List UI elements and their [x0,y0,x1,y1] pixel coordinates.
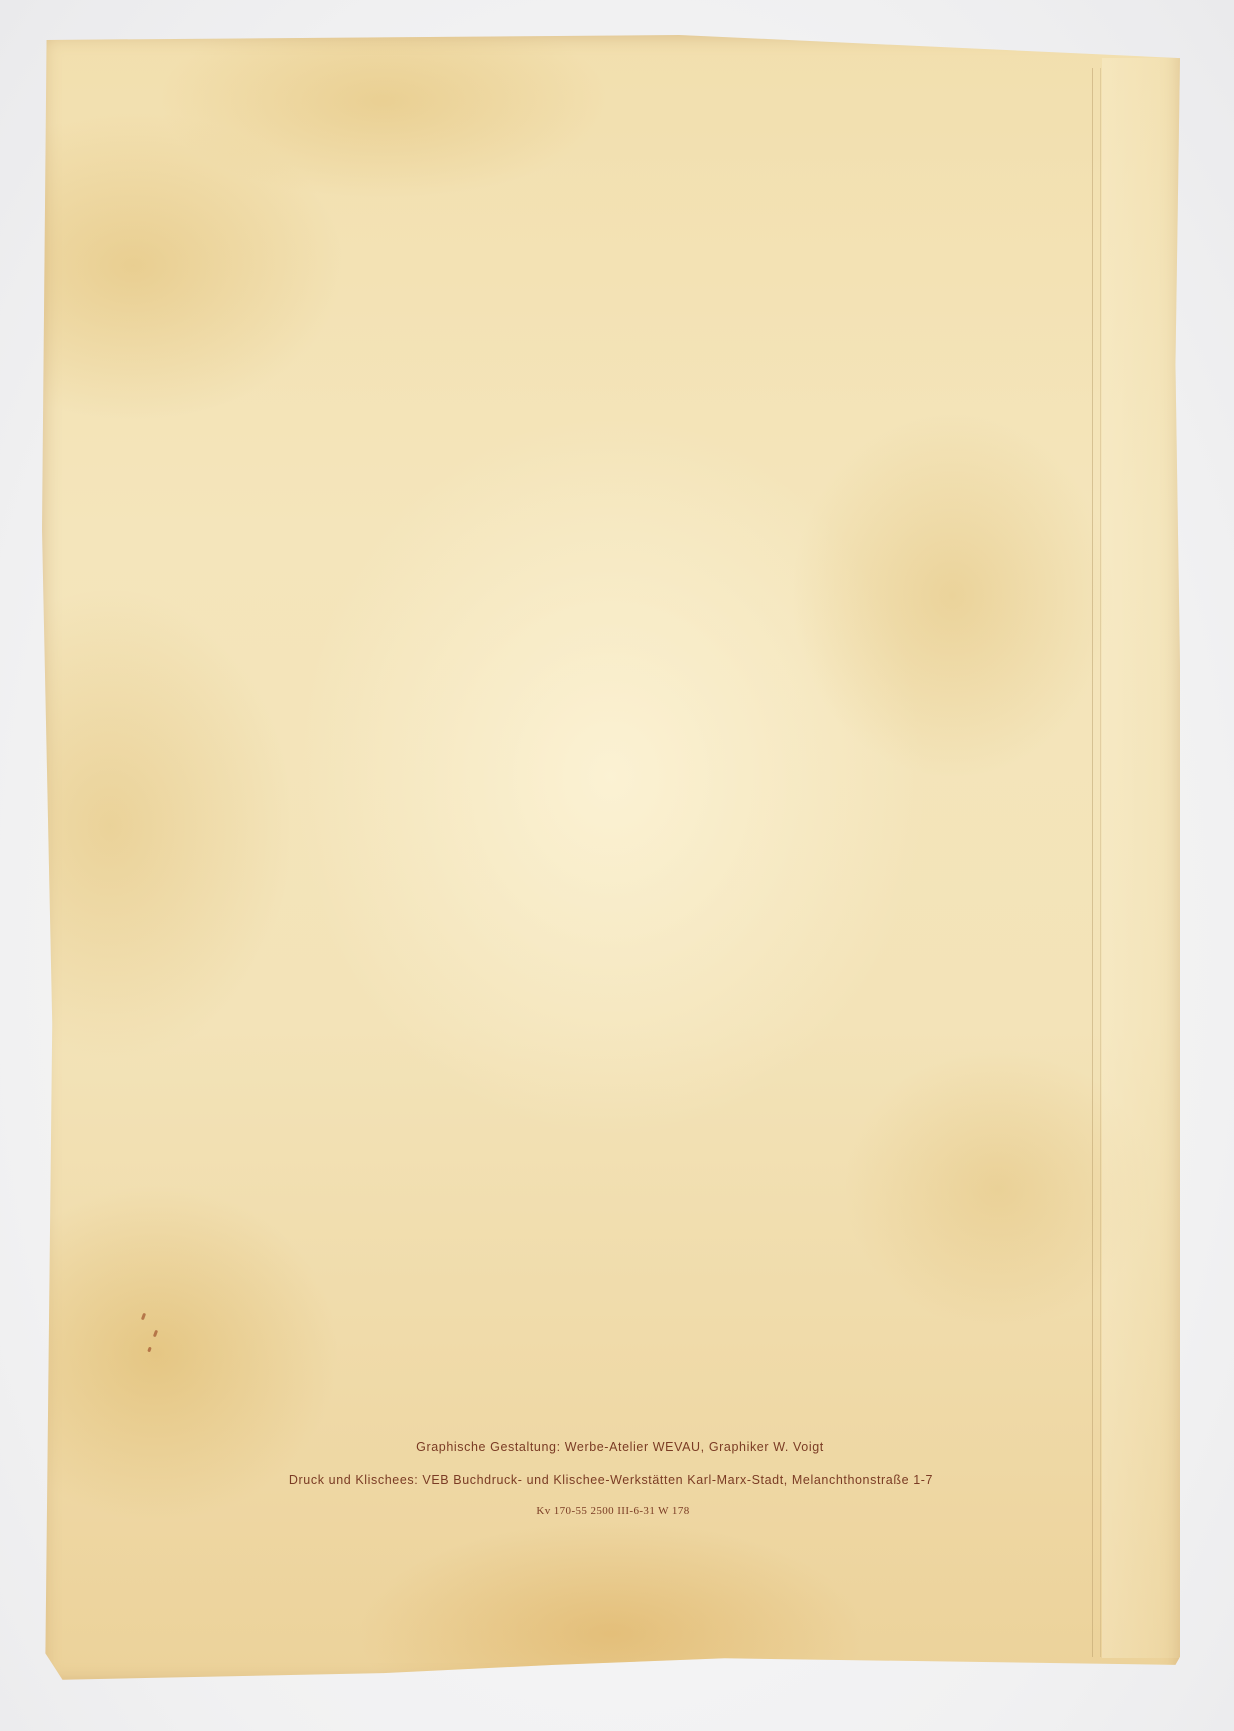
imprint-block: Graphische Gestaltung: Werbe-Atelier WEV… [42,1440,1180,1517]
spine-crease-line [1100,68,1101,1657]
back-cover-page [42,35,1180,1683]
catalog-code: Kv 170-55 2500 III-6-31 W 178 [46,1505,1180,1517]
ink-mark [141,1313,146,1321]
design-credit: Graphische Gestaltung: Werbe-Atelier WEV… [60,1440,1180,1454]
ink-mark [147,1347,152,1353]
spine-crease-line [1092,68,1093,1657]
ink-mark [153,1330,158,1338]
spine-fold [1102,58,1180,1658]
print-credit: Druck und Klischees: VEB Buchdruck- und … [42,1473,1180,1487]
